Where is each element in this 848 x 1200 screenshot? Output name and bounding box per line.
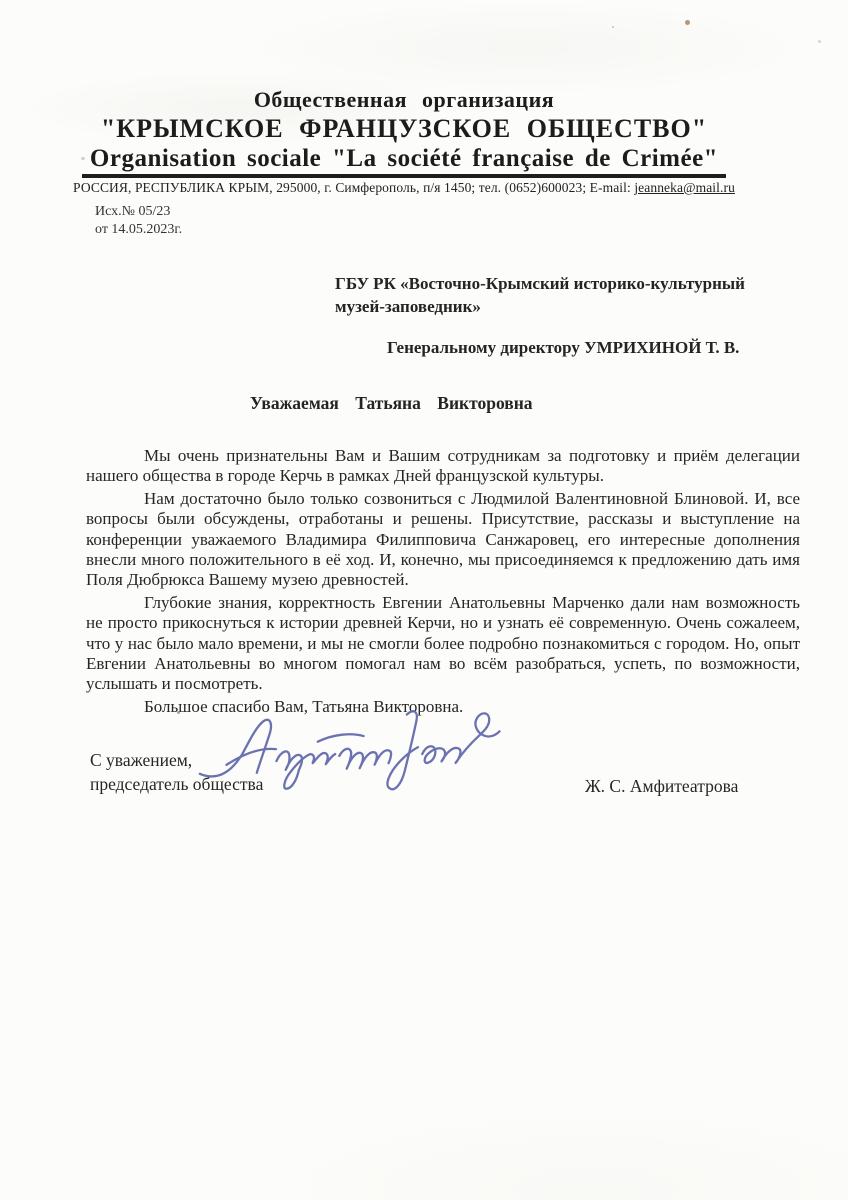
scan-speck (818, 40, 821, 43)
address-text: РОССИЯ, РЕСПУБЛИКА КРЫМ, 295000, г. Симф… (73, 180, 634, 195)
body-paragraph: Глубокие знания, корректность Евгении Ан… (86, 593, 800, 695)
salutation: Уважаемая Татьяна Викторовна (250, 393, 533, 414)
letter-date: от 14.05.2023г. (95, 221, 182, 239)
organization-name-french-text: Organisation sociale "La société françai… (82, 146, 726, 178)
signoff-left: С уважением, председатель общества (90, 748, 263, 796)
signoff-name: Ж. С. Амфитеатрова (585, 776, 738, 797)
reference-block: Исх.№ 05/23 от 14.05.2023г. (95, 203, 182, 239)
scan-speck (177, 711, 180, 714)
scan-speck (685, 20, 690, 25)
scan-speck (81, 157, 85, 160)
outgoing-number: Исх.№ 05/23 (95, 203, 182, 221)
email-address: jeanneka@mail.ru (634, 180, 735, 195)
scanned-letter-page: Общественная организация "КРЫМСКОЕ ФРАНЦ… (0, 0, 848, 1200)
recipient-director: Генеральному директору УМРИХИНОЙ Т. В. (387, 338, 739, 358)
organization-name-russian: "КРЫМСКОЕ ФРАНЦУЗСКОЕ ОБЩЕСТВО" (24, 114, 784, 144)
signoff-regards: С уважением, (90, 748, 263, 772)
recipient-organization: ГБУ РК «Восточно-Крымский историко-культ… (335, 272, 775, 318)
organization-type: Общественная организация (24, 86, 784, 114)
letter-body: Мы очень признательны Вам и Вашим сотруд… (86, 446, 800, 719)
body-paragraph: Мы очень признательны Вам и Вашим сотруд… (86, 446, 800, 487)
letterhead: Общественная организация "КРЫМСКОЕ ФРАНЦ… (24, 86, 784, 197)
organization-name-french: Organisation sociale "La société françai… (24, 146, 784, 178)
letterhead-address: РОССИЯ, РЕСПУБЛИКА КРЫМ, 295000, г. Симф… (24, 179, 784, 197)
signoff-title: председатель общества (90, 772, 263, 796)
scan-speck (612, 26, 614, 28)
body-paragraph: Нам достаточно было только созвониться с… (86, 489, 800, 591)
